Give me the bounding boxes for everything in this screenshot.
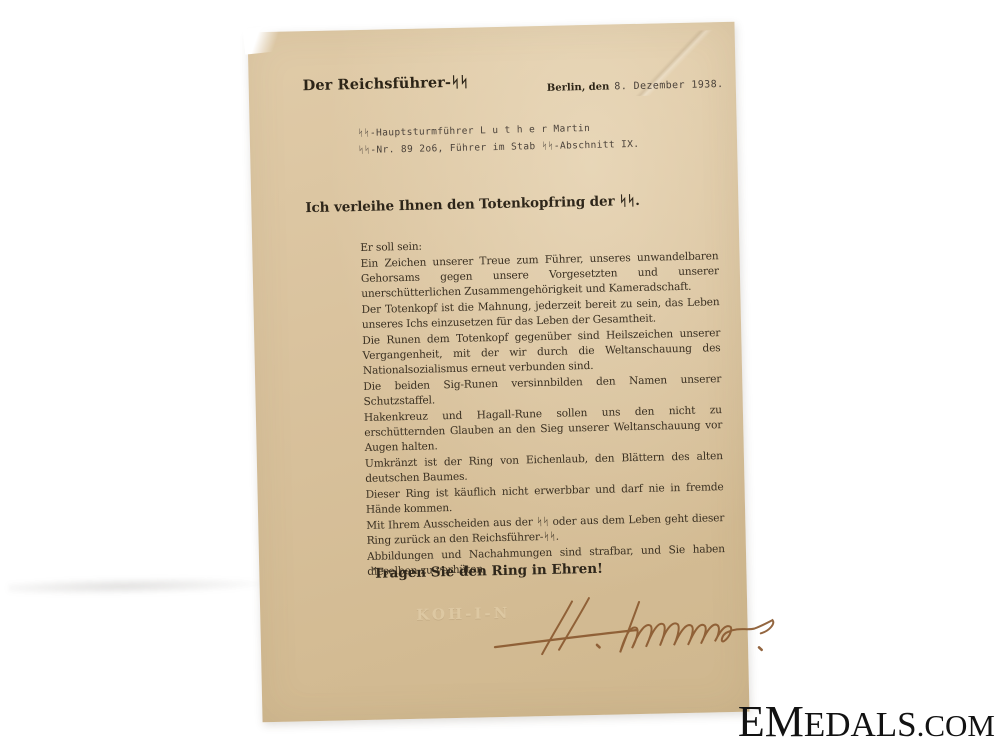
himmler-signature-handwriting <box>486 581 788 678</box>
site-watermark: EMEDALS.COM <box>0 696 995 747</box>
paper-corner-fold <box>242 23 297 55</box>
letterhead-sender: Der Reichsführer-ᛋᛋ <box>303 74 469 95</box>
dateline-place-printed: Berlin, den <box>547 82 610 94</box>
body-paragraph: Hakenkreuz und Hagall-Rune sollen uns de… <box>364 403 723 455</box>
site-watermark-middle: EDALS <box>804 705 917 744</box>
body-paragraph: Die Runen dem Totenkopf gegenüber sind H… <box>362 326 721 378</box>
letterhead-dateline: Berlin, den8. Dezember 1938. <box>547 72 724 95</box>
photo-scene: Der Reichsführer-ᛋᛋ Berlin, den8. Dezemb… <box>0 0 1000 750</box>
award-line: Ich verleihe Ihnen den Totenkopfring der… <box>305 193 640 216</box>
site-watermark-prefix: EM <box>738 697 804 746</box>
pencil-smudge <box>8 576 263 596</box>
document-paper: Der Reichsführer-ᛋᛋ Berlin, den8. Dezemb… <box>248 22 750 722</box>
site-watermark-suffix: .COM <box>917 708 995 743</box>
dateline-date-typed: 8. Dezember 1938. <box>614 79 723 92</box>
recipient-block: ᛋᛋ-Hauptsturmführer L u t h e r Martin ᛋ… <box>358 120 640 159</box>
body-text: Er soll sein: Ein Zeichen unserer Treue … <box>360 233 725 581</box>
body-paragraph: Ein Zeichen unserer Treue zum Führer, un… <box>360 249 719 301</box>
